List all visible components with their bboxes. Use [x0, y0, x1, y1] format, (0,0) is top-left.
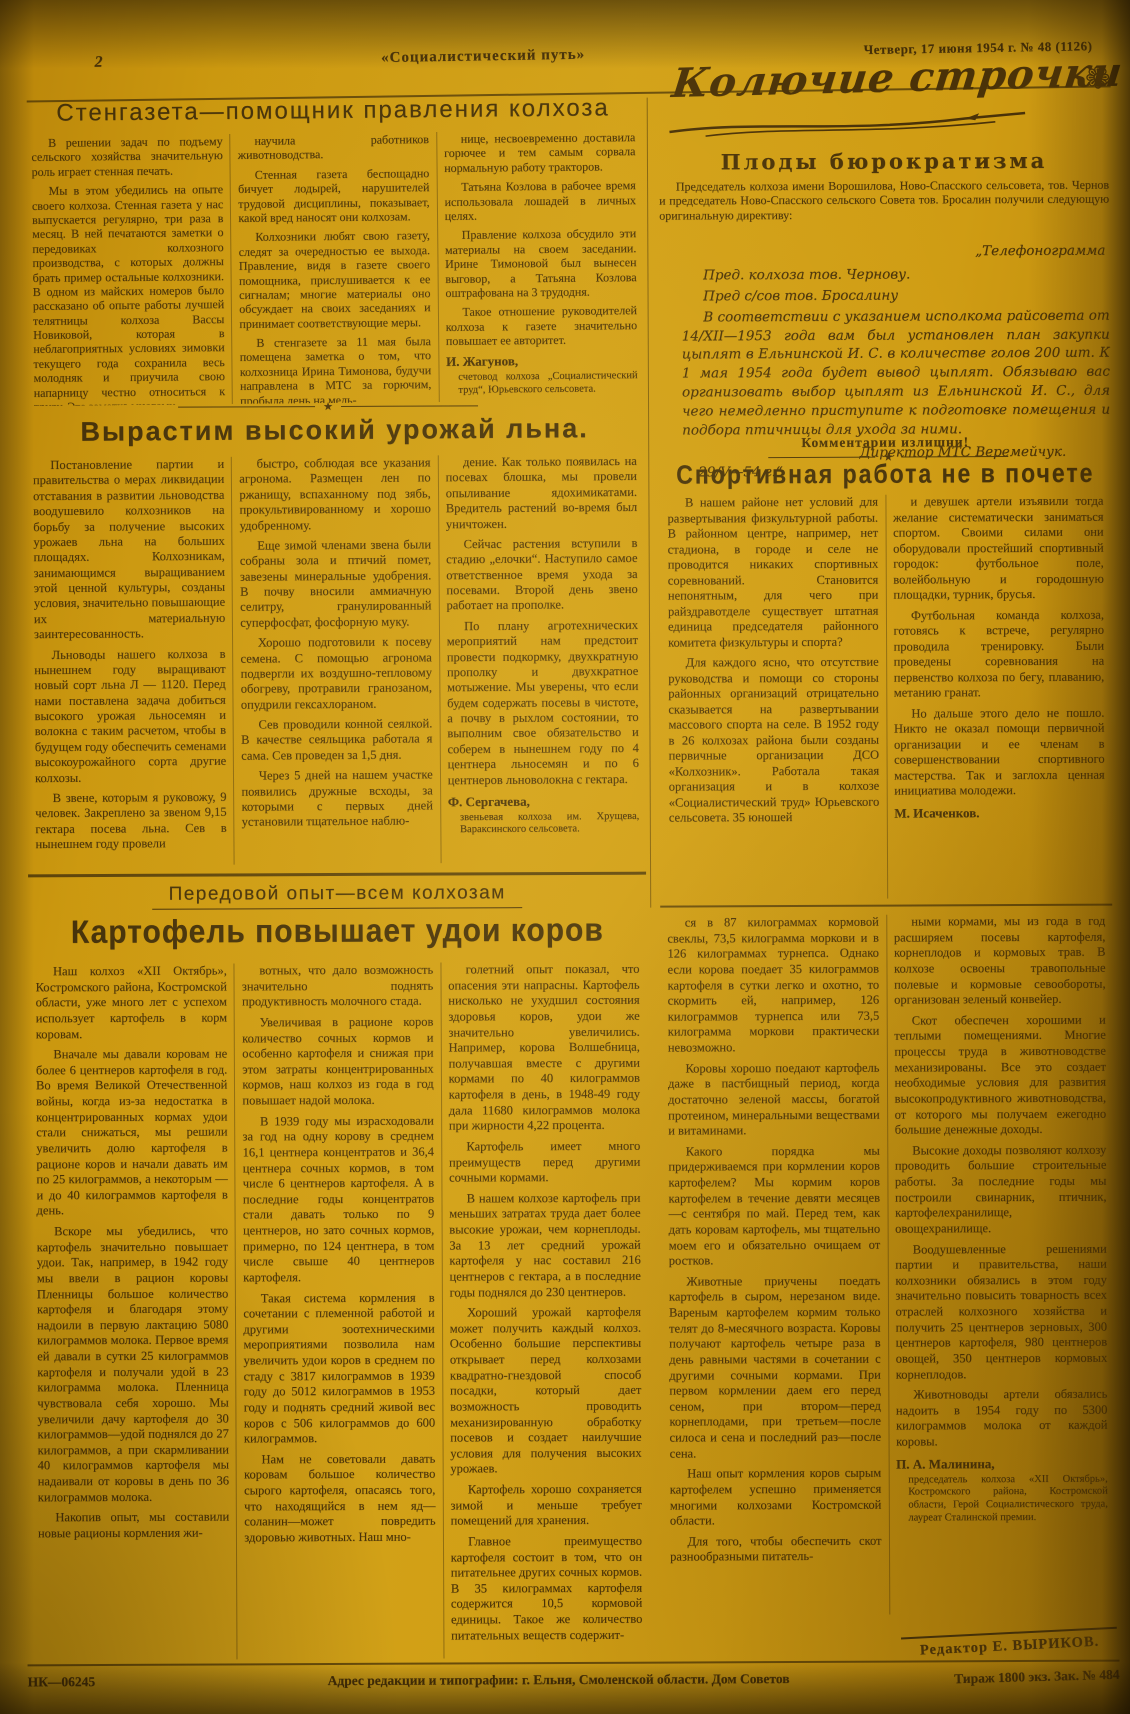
- article-column: В решении задач по подъему сельского хоз…: [24, 134, 232, 406]
- paragraph: В нашем районе нет условий для развертыв…: [667, 495, 878, 651]
- article-column: Постановление партии и правительства о м…: [26, 457, 234, 866]
- section-rule: [28, 872, 646, 878]
- paragraph: научила работников животноводства.: [238, 132, 430, 163]
- paragraph: Через 5 дней на нашем участке появились …: [241, 767, 433, 830]
- telegram-label: „Телефонограмма: [681, 242, 1105, 263]
- article-stengazeta: Стенгазета—помощник правления колхоза В …: [24, 94, 645, 406]
- editorial-comment: Комментарии излишни!: [660, 434, 1110, 452]
- footer-rule: [28, 1660, 1120, 1667]
- byline-role: счетовод колхоза „Социалистический труд“…: [458, 370, 638, 397]
- article-column: нице, несвоевременно доставила горючее и…: [436, 130, 645, 402]
- article-title: Стенгазета—помощник правления колхоза: [24, 94, 642, 128]
- article-potato-left: Наш колхоз «XII Октябрь», Костромского р…: [28, 962, 649, 1661]
- paragraph: ными кормами, мы из года в год расширяем…: [894, 914, 1106, 1009]
- newspaper-page: 2 «Социалистический путь» Четверг, 17 ию…: [0, 0, 1130, 1714]
- article-column: голетний опыт показал, что опасения эти …: [440, 962, 649, 1659]
- paragraph: нице, несвоевременно доставила горючее и…: [444, 130, 636, 175]
- article-title: Спортивная работа не в почете: [660, 458, 1110, 491]
- intro-paragraph: Председатель колхоза имени Ворошилова, Н…: [659, 178, 1109, 223]
- article-column: ся в 87 килограммах кормовой свеклы, 73,…: [660, 915, 889, 1616]
- paragraph: Такая система кормления в сочетании с пл…: [243, 1290, 435, 1447]
- star-divider: ★: [178, 399, 478, 413]
- paragraph: Хороший урожай картофеля может получить …: [450, 1305, 642, 1478]
- potato-title: Картофель повышает удои коров: [28, 912, 646, 951]
- paragraph: Стенная газета беспощадно бичует лодырей…: [238, 166, 430, 225]
- article-column: и девушек артели изъявили тогда желание …: [885, 494, 1112, 899]
- paragraph: Сейчас растения вступили в стадию „елочк…: [446, 536, 638, 614]
- paragraph: Сев проводили конной сеялкой. В качестве…: [241, 716, 433, 763]
- newspaper-page-photo: 2 «Социалистический путь» Четверг, 17 ию…: [0, 0, 1130, 1714]
- paragraph: Какого порядка мы придерживаемся при кор…: [668, 1143, 880, 1269]
- rosette-ornament: ❁: [1085, 61, 1111, 97]
- paragraph: Увеличивая в рационе коров количество со…: [242, 1014, 434, 1109]
- byline-role: председатель колхоза «XII Октябрь», Кост…: [908, 1474, 1108, 1525]
- star-ornament: ★: [323, 400, 333, 413]
- print-code: НК—06245: [28, 1673, 248, 1690]
- article-sport: В нашем районе нет условий для развертыв…: [660, 494, 1112, 900]
- byline-role: звеньевая колхоза им. Хрущева, Вараксинс…: [460, 811, 639, 837]
- paragraph: Пред с/сов тов. Бросалину: [682, 285, 1110, 306]
- column-text: ными кормами, мы из года в год расширяем…: [894, 914, 1108, 1451]
- paragraph: вотных, что дало возможность значительно…: [242, 963, 434, 1011]
- paragraph: Нам не советовали давать коровам большое…: [244, 1451, 436, 1546]
- column-divider: [647, 98, 652, 908]
- paragraph: Постановление партии и правительства о м…: [33, 457, 226, 643]
- paragraph: Животные приучены поедать картофель в сы…: [669, 1273, 881, 1461]
- column-text: дение. Как только появилась на посевах б…: [445, 454, 639, 788]
- paragraph: Коровы хорошо поедают картофель даже в п…: [668, 1060, 880, 1139]
- paragraph: Льноводы нашего колхоза в нынешнем году …: [34, 646, 226, 786]
- paragraph: дение. Как только появилась на посевах б…: [445, 454, 637, 532]
- telegram-text: Пред. колхоза тов. Чернову.Пред с/сов то…: [681, 265, 1110, 441]
- paragraph: Еще зимой членами звена были собраны зол…: [240, 537, 432, 631]
- prickly-lines-header: Колючие строчки ❁: [658, 49, 1110, 148]
- paragraph: Пред. колхоза тов. Чернову.: [681, 265, 1109, 286]
- paragraph: В нашем колхозе картофель при меньших за…: [449, 1190, 641, 1300]
- paragraph: Но дальше этого дело не пошло. Никто не …: [894, 705, 1105, 799]
- paragraph: Вначале мы давали коровам не более 6 цен…: [36, 1047, 228, 1220]
- article-column: дение. Как только появилась на посевах б…: [437, 454, 646, 863]
- paragraph: Правление колхоза обсудило эти материалы…: [445, 226, 637, 300]
- print-run: Тираж 1800 экз. Зак. № 484: [869, 1667, 1119, 1690]
- column-text: нице, несвоевременно доставила горючее и…: [444, 130, 637, 348]
- paragraph: голетний опыт показал, что опасения эти …: [448, 962, 640, 1135]
- paragraph: Воодушевленные решениями партии и правит…: [895, 1241, 1107, 1383]
- paragraph: В стенгазете за 11 мая была помещена зам…: [239, 334, 431, 404]
- imprint: НК—06245 Адрес редакции и типографии: г.…: [28, 1670, 1120, 1691]
- paragraph: Главное преимущество картофеля состоит в…: [451, 1534, 643, 1644]
- byline: И. Жагунов,: [446, 353, 631, 370]
- paragraph: По плану агротехнических мероприятий нам…: [447, 618, 640, 788]
- paragraph: Наш опыт кормления коров сырым картофеле…: [670, 1466, 882, 1529]
- paragraph: Татьяна Козлова в рабочее время использо…: [444, 178, 636, 223]
- article-column: научила работников животноводства.Стенна…: [230, 132, 439, 404]
- paragraph: Наш колхоз «XII Октябрь», Костромского р…: [35, 963, 227, 1042]
- page-number: 2: [36, 54, 102, 73]
- article-columns: ся в 87 килограммах кормовой свеклы, 73,…: [660, 914, 1115, 1616]
- paragraph: Для того, чтобы обеспечить скот разнообр…: [670, 1533, 882, 1565]
- article-intro: Председатель колхоза имени Ворошилова, Н…: [659, 178, 1109, 223]
- paragraph: Колхозники любят свою газету, следят за …: [238, 228, 430, 331]
- flourish-underline: [665, 106, 1066, 142]
- paragraph: Накопив опыт, мы составили новые рационы…: [38, 1510, 229, 1542]
- paragraph: Вскоре мы убедились, что картофель значи…: [37, 1223, 230, 1505]
- paragraph: В звене, которым я руковожу, 9 человек. …: [35, 790, 227, 853]
- kicker-text: Передовой опыт—всем колхозам: [153, 882, 522, 910]
- paragraph: быстро, соблюдая все указания агронома. …: [239, 455, 431, 533]
- paragraph: Высокие доходы позволяют колхозу проводи…: [895, 1142, 1107, 1237]
- article-column: вотных, что дало возможность значительно…: [234, 963, 443, 1660]
- paragraph: Картофель хорошо сохраняется зимой и мен…: [450, 1482, 642, 1530]
- paragraph: Животноводы артели обязались надоить в 1…: [896, 1387, 1108, 1450]
- paragraph: Мы в этом убедились на опыте своего колх…: [32, 182, 226, 406]
- section-rule: [660, 904, 1112, 908]
- paragraph: Хорошо подготовили к посеву семена. С по…: [240, 634, 432, 712]
- paragraph: В решении задач по подъему сельского хоз…: [31, 134, 223, 179]
- editor-signature: Редактор Е. ВЫРИКОВ.: [901, 1627, 1118, 1661]
- paragraph: В 1939 году мы израсходовали за год на о…: [242, 1113, 434, 1286]
- paragraph: Такое отношение руководителей колхоза к …: [446, 303, 638, 348]
- paragraph: Для каждого ясно, что отсутствие руковод…: [668, 655, 879, 826]
- article-potato-right: ся в 87 килограммах кормовой свеклы, 73,…: [660, 914, 1115, 1616]
- paragraph: Футбольная команда колхоза, готовясь к в…: [893, 607, 1104, 701]
- paragraph: ся в 87 килограммах кормовой свеклы, 73,…: [667, 915, 879, 1057]
- editorial-address: Адрес редакции и типографии: г. Ельня, С…: [248, 1671, 870, 1690]
- article-columns: В нашем районе нет условий для развертыв…: [660, 494, 1112, 900]
- masthead-title: «Социалистический путь»: [381, 47, 585, 67]
- article-title: Вырастим высокий урожай льна.: [25, 413, 643, 448]
- paragraph: Картофель имеет много преимуществ перед …: [449, 1139, 641, 1187]
- article-column: ными кормами, мы из года в год расширяем…: [886, 914, 1116, 1615]
- article-column: Наш колхоз «XII Октябрь», Костромского р…: [28, 963, 236, 1660]
- article-columns: Постановление партии и правительства о м…: [26, 454, 647, 866]
- article-flax: Вырастим высокий урожай льна. Постановле…: [25, 413, 646, 866]
- column-text: и девушек артели изъявили тогда желание …: [893, 494, 1105, 799]
- paragraph: и девушек артели изъявили тогда желание …: [893, 494, 1104, 603]
- byline: М. Исаченков.: [894, 804, 1099, 821]
- article-column: быстро, соблюдая все указания агронома. …: [231, 455, 440, 864]
- kicker-banner: Передовой опыт—всем колхозам: [28, 882, 646, 911]
- article-title: Плоды бюрократизма: [659, 148, 1109, 175]
- byline: Ф. Сергачева,: [448, 793, 633, 810]
- article-columns: В решении задач по подъему сельского хоз…: [24, 130, 645, 406]
- byline: П. А. Малинина,: [896, 1455, 1102, 1472]
- article-column: В нашем районе нет условий для развертыв…: [660, 495, 886, 900]
- article-columns: Наш колхоз «XII Октябрь», Костромского р…: [28, 962, 649, 1661]
- paragraph: Скот обеспечен хорошими и теплыми помеще…: [894, 1012, 1106, 1138]
- paragraph: В соответствии с указанием исполкома рай…: [682, 306, 1111, 440]
